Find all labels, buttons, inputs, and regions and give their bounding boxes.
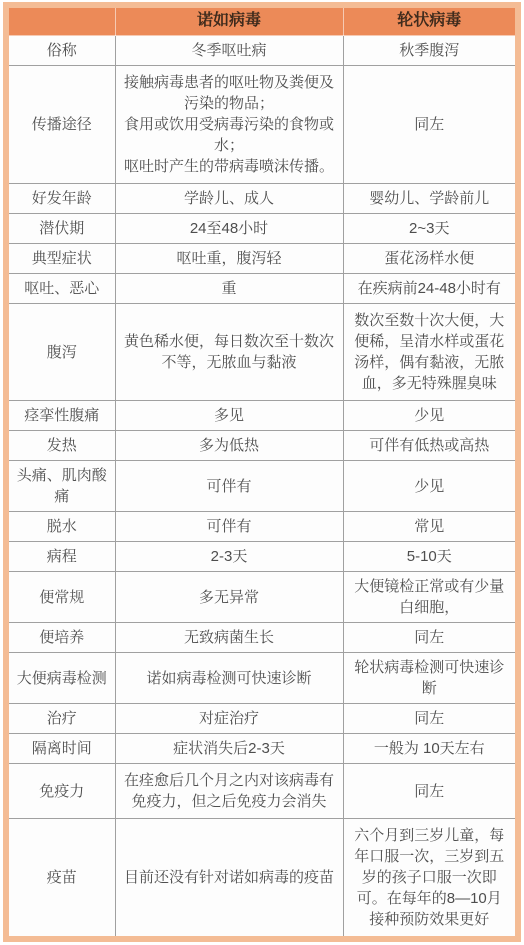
rotavirus-cell: 同左 — [343, 764, 515, 819]
norovirus-cell: 多无异常 — [115, 572, 343, 623]
rotavirus-cell: 婴幼儿、学龄前儿 — [343, 184, 515, 214]
norovirus-cell: 诺如病毒检测可快速诊断 — [115, 653, 343, 704]
row-label: 好发年龄 — [9, 184, 115, 214]
table-row-diarrhea: 腹泻 黄色稀水便，每日数次至十数次不等，无脓血与黏液 数次至数十次大便，大便稀，… — [9, 304, 515, 401]
table-row-fever: 发热 多为低热 可伴有低热或高热 — [9, 431, 515, 461]
norovirus-cell: 目前还没有针对诺如病毒的疫苗 — [115, 819, 343, 937]
norovirus-cell: 2-3天 — [115, 542, 343, 572]
table-row-treatment: 治疗 对症治疗 同左 — [9, 704, 515, 734]
table-row-virus-test: 大便病毒检测 诺如病毒检测可快速诊断 轮状病毒检测可快速诊断 — [9, 653, 515, 704]
row-label: 脱水 — [9, 512, 115, 542]
table-row-incubation: 潜伏期 24至48小时 2~3天 — [9, 214, 515, 244]
norovirus-cell: 症状消失后2-3天 — [115, 734, 343, 764]
norovirus-cell: 重 — [115, 274, 343, 304]
table-row-transmission: 传播途径 接触病毒患者的呕吐物及粪便及污染的物品； 食用或饮用受病毒污染的食物或… — [9, 66, 515, 184]
rotavirus-cell: 大便镜检正常或有少量白细胞， — [343, 572, 515, 623]
rotavirus-cell: 少见 — [343, 401, 515, 431]
norovirus-cell: 在痊愈后几个月之内对该病毒有免疫力，但之后免疫力会消失 — [115, 764, 343, 819]
rotavirus-cell: 常见 — [343, 512, 515, 542]
norovirus-cell: 可伴有 — [115, 461, 343, 512]
rotavirus-cell: 同左 — [343, 704, 515, 734]
table-row-typical-symptoms: 典型症状 呕吐重，腹泻轻 蛋花汤样水便 — [9, 244, 515, 274]
norovirus-cell: 冬季呕吐病 — [115, 36, 343, 66]
norovirus-cell: 呕吐重，腹泻轻 — [115, 244, 343, 274]
header-empty-cell — [9, 8, 115, 36]
header-row: 诺如病毒 轮状病毒 — [9, 8, 515, 36]
table-row-vaccine: 疫苗 目前还没有针对诺如病毒的疫苗 六个月到三岁儿童，每年口服一次，三岁到五岁的… — [9, 819, 515, 937]
row-label: 疫苗 — [9, 819, 115, 937]
table-row-stool-culture: 便培养 无致病菌生长 同左 — [9, 623, 515, 653]
rotavirus-cell: 少见 — [343, 461, 515, 512]
norovirus-cell: 黄色稀水便，每日数次至十数次不等，无脓血与黏液 — [115, 304, 343, 401]
table-row-headache-myalgia: 头痛、肌肉酸痛 可伴有 少见 — [9, 461, 515, 512]
rotavirus-cell: 同左 — [343, 66, 515, 184]
row-label: 便培养 — [9, 623, 115, 653]
row-label: 典型症状 — [9, 244, 115, 274]
comparison-table-frame: 诺如病毒 轮状病毒 俗称 冬季呕吐病 秋季腹泻 传播途径 接触病毒患者的呕吐物及… — [3, 2, 521, 942]
row-label: 病程 — [9, 542, 115, 572]
norovirus-cell: 无致病菌生长 — [115, 623, 343, 653]
norovirus-cell: 可伴有 — [115, 512, 343, 542]
header-rotavirus: 轮状病毒 — [343, 8, 515, 36]
row-label: 传播途径 — [9, 66, 115, 184]
rotavirus-cell: 秋季腹泻 — [343, 36, 515, 66]
table-row-isolation-time: 隔离时间 症状消失后2-3天 一般为 10天左右 — [9, 734, 515, 764]
rotavirus-cell: 一般为 10天左右 — [343, 734, 515, 764]
virus-comparison-table: 诺如病毒 轮状病毒 俗称 冬季呕吐病 秋季腹泻 传播途径 接触病毒患者的呕吐物及… — [9, 8, 515, 936]
row-label: 便常规 — [9, 572, 115, 623]
table-row-cramping-pain: 痉挛性腹痛 多见 少见 — [9, 401, 515, 431]
rotavirus-cell: 数次至数十次大便，大便稀，呈清水样或蛋花汤样，偶有黏液，无脓血，多无特殊腥臭味 — [343, 304, 515, 401]
norovirus-cell: 学龄儿、成人 — [115, 184, 343, 214]
row-label: 发热 — [9, 431, 115, 461]
rotavirus-cell: 2~3天 — [343, 214, 515, 244]
table-row-course: 病程 2-3天 5-10天 — [9, 542, 515, 572]
table-row-dehydration: 脱水 可伴有 常见 — [9, 512, 515, 542]
norovirus-cell: 多见 — [115, 401, 343, 431]
row-label: 俗称 — [9, 36, 115, 66]
rotavirus-cell: 可伴有低热或高热 — [343, 431, 515, 461]
row-label: 治疗 — [9, 704, 115, 734]
row-label: 大便病毒检测 — [9, 653, 115, 704]
rotavirus-cell: 六个月到三岁儿童，每年口服一次，三岁到五岁的孩子口服一次即可。在每年的8—10月… — [343, 819, 515, 937]
norovirus-cell: 对症治疗 — [115, 704, 343, 734]
table-row-immunity: 免疫力 在痊愈后几个月之内对该病毒有免疫力，但之后免疫力会消失 同左 — [9, 764, 515, 819]
norovirus-cell: 多为低热 — [115, 431, 343, 461]
table-row-stool-routine: 便常规 多无异常 大便镜检正常或有少量白细胞， — [9, 572, 515, 623]
table-row-vomit-nausea: 呕吐、恶心 重 在疾病前24-48小时有 — [9, 274, 515, 304]
row-label: 隔离时间 — [9, 734, 115, 764]
row-label: 免疫力 — [9, 764, 115, 819]
table-row-common-name: 俗称 冬季呕吐病 秋季腹泻 — [9, 36, 515, 66]
rotavirus-cell: 5-10天 — [343, 542, 515, 572]
rotavirus-cell: 蛋花汤样水便 — [343, 244, 515, 274]
row-label: 痉挛性腹痛 — [9, 401, 115, 431]
rotavirus-cell: 在疾病前24-48小时有 — [343, 274, 515, 304]
norovirus-cell: 24至48小时 — [115, 214, 343, 244]
row-label: 腹泻 — [9, 304, 115, 401]
table-row-susceptible-age: 好发年龄 学龄儿、成人 婴幼儿、学龄前儿 — [9, 184, 515, 214]
norovirus-cell: 接触病毒患者的呕吐物及粪便及污染的物品； 食用或饮用受病毒污染的食物或水； 呕吐… — [115, 66, 343, 184]
header-norovirus: 诺如病毒 — [115, 8, 343, 36]
rotavirus-cell: 轮状病毒检测可快速诊断 — [343, 653, 515, 704]
row-label: 潜伏期 — [9, 214, 115, 244]
row-label: 头痛、肌肉酸痛 — [9, 461, 115, 512]
rotavirus-cell: 同左 — [343, 623, 515, 653]
row-label: 呕吐、恶心 — [9, 274, 115, 304]
